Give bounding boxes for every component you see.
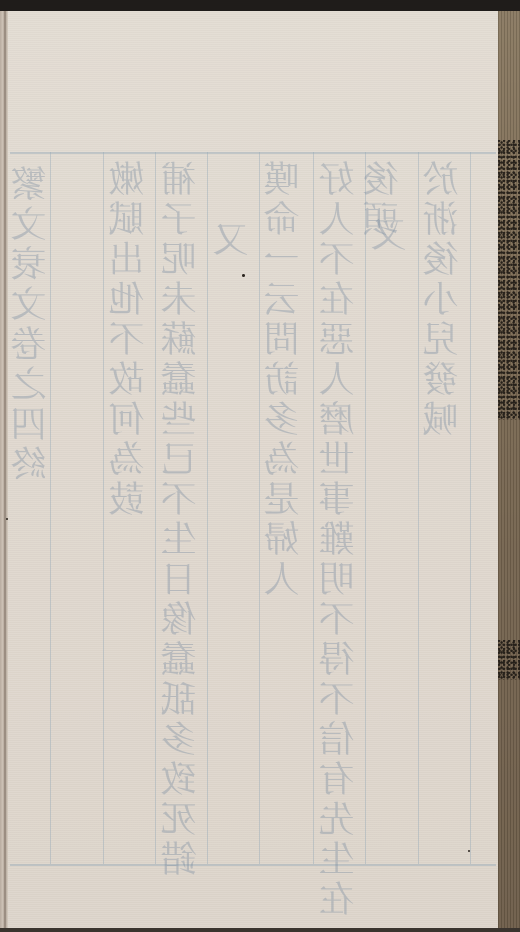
paper-speck bbox=[242, 274, 245, 277]
paper-speck bbox=[468, 850, 470, 852]
column-rule bbox=[470, 152, 471, 864]
scan-top-border bbox=[0, 0, 520, 11]
fore-edge-ink-speckle bbox=[498, 140, 520, 420]
bleed-column-9: 繁文衰文卷之四終 bbox=[10, 165, 54, 485]
column-rule bbox=[207, 152, 208, 864]
bleed-column-6: 補子呢未蘇蠢些已不生日像蠢舐多致死錯 bbox=[160, 160, 204, 880]
scan-bottom-border bbox=[0, 928, 520, 932]
column-rule bbox=[313, 152, 314, 864]
bleed-column-5: 又 bbox=[212, 220, 256, 260]
bleed-column-4: 嘆命一云問訪多為是婦人 bbox=[263, 160, 307, 600]
column-rule bbox=[259, 152, 260, 864]
bleed-column-7: 嫩賦出他不故何為鼓 bbox=[108, 160, 152, 520]
bleed-column-1: 於浙後小兒發喊 bbox=[422, 160, 466, 440]
bleed-column-3: 好人不在惡人磨世事難明不得不信有先生在後頭 bbox=[318, 160, 362, 932]
paper-speck bbox=[6, 518, 8, 520]
gutter-edge bbox=[0, 11, 8, 928]
column-rule bbox=[103, 152, 104, 864]
column-rule bbox=[418, 152, 419, 864]
column-rule bbox=[155, 152, 156, 864]
column-rule bbox=[365, 152, 366, 864]
fore-edge-ink-speckle-lower bbox=[498, 640, 520, 680]
